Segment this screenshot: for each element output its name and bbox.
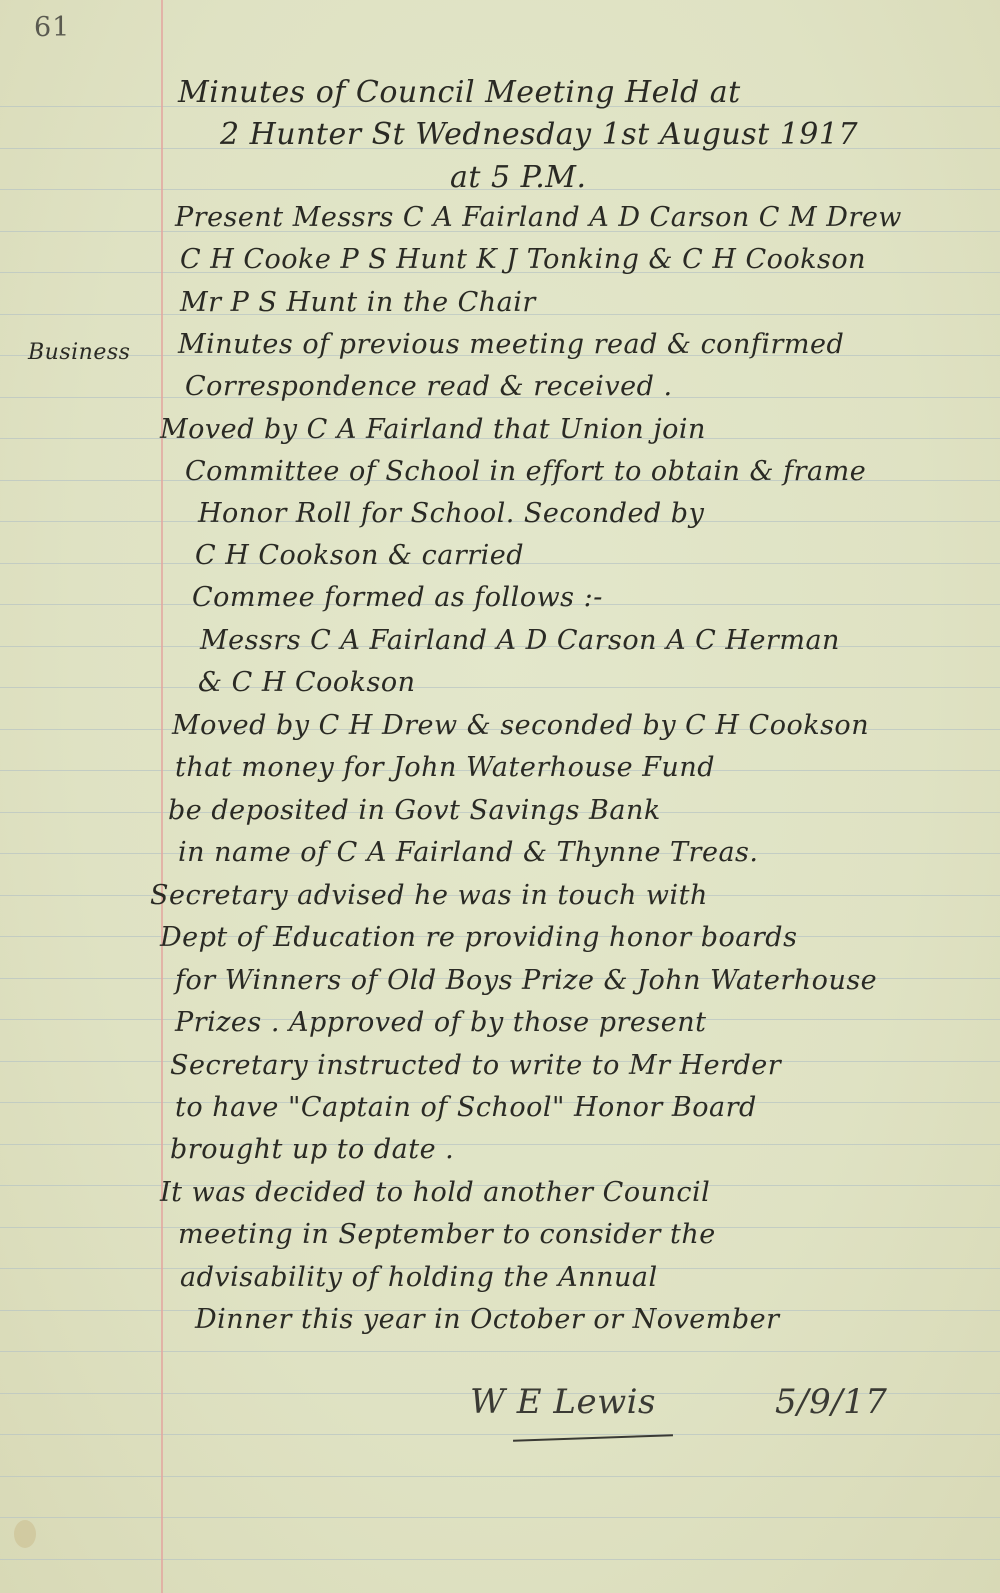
ruled-line (0, 1517, 1000, 1518)
body-line: Correspondence read & received . (185, 371, 673, 402)
ruled-line (0, 1144, 1000, 1145)
signature-name: W E Lewis (470, 1382, 656, 1422)
margin-note-business: Business (28, 340, 130, 365)
body-line: Minutes of previous meeting read & confi… (178, 329, 844, 360)
paper-stain (14, 1520, 36, 1548)
body-line: in name of C A Fairland & Thynne Treas. (178, 837, 758, 868)
body-line: Dinner this year in October or November (195, 1304, 780, 1335)
body-line: be deposited in Govt Savings Bank (168, 795, 661, 826)
body-line: & C H Cookson (198, 667, 416, 698)
ruled-line (0, 1434, 1000, 1435)
body-line: brought up to date . (170, 1134, 454, 1165)
heading-line-3: at 5 P.M. (450, 160, 587, 195)
body-line: Mr P S Hunt in the Chair (180, 287, 536, 318)
body-line: advisability of holding the Annual (180, 1262, 658, 1293)
margin-rule (161, 0, 163, 1593)
body-line: It was decided to hold another Council (160, 1177, 710, 1208)
body-line: Secretary instructed to write to Mr Herd… (170, 1050, 781, 1081)
ruled-line (0, 687, 1000, 688)
body-line: that money for John Waterhouse Fund (175, 752, 715, 783)
body-line: Moved by C A Fairland that Union join (160, 414, 706, 445)
ruled-line (0, 1476, 1000, 1477)
body-line: Present Messrs C A Fairland A D Carson C… (175, 202, 902, 233)
ledger-page: 61 Minutes of Council Meeting Held at 2 … (0, 0, 1000, 1593)
body-line: C H Cooke P S Hunt K J Tonking & C H Coo… (180, 244, 866, 275)
signature-date: 5/9/17 (775, 1382, 887, 1422)
body-line: Honor Roll for School. Seconded by (198, 498, 704, 529)
signature-underline (513, 1434, 673, 1442)
body-line: Prizes . Approved of by those present (175, 1007, 706, 1038)
body-line: C H Cookson & carried (195, 540, 524, 571)
body-line: for Winners of Old Boys Prize & John Wat… (175, 965, 877, 996)
body-line: Dept of Education re providing honor boa… (160, 922, 797, 953)
body-line: Moved by C H Drew & seconded by C H Cook… (172, 710, 869, 741)
body-line: to have "Captain of School" Honor Board (175, 1092, 757, 1123)
body-line: Secretary advised he was in touch with (150, 880, 708, 911)
body-line: meeting in September to consider the (178, 1219, 716, 1250)
ruled-line (0, 1351, 1000, 1352)
body-line: Messrs C A Fairland A D Carson A C Herma… (200, 625, 840, 656)
heading-line-2: 2 Hunter St Wednesday 1st August 1917 (220, 117, 858, 152)
ruled-line (0, 1559, 1000, 1560)
body-line: Commee formed as follows :- (192, 582, 603, 613)
heading-line-1: Minutes of Council Meeting Held at (178, 75, 741, 110)
body-line: Committee of School in effort to obtain … (185, 456, 866, 487)
page-number: 61 (34, 12, 70, 43)
